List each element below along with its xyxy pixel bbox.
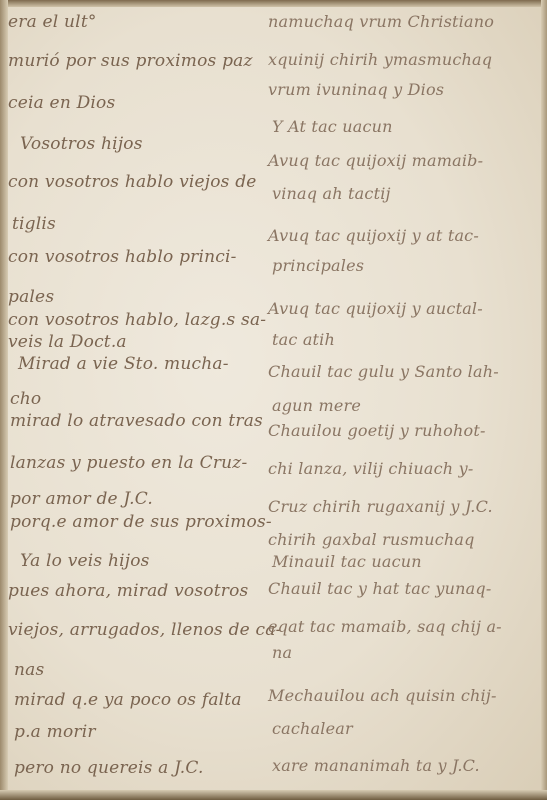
manuscript-line: Avuq tac quijoxij mamaib- <box>268 151 483 170</box>
paper-edge-top <box>0 0 547 7</box>
manuscript-line: tiglis <box>12 214 56 234</box>
manuscript-line: Vosotros hijos <box>20 134 143 154</box>
manuscript-line: tac atih <box>272 330 335 349</box>
manuscript-line: agun mere <box>272 396 361 415</box>
manuscript-line: Ya lo veis hijos <box>20 551 150 571</box>
paper-edge-left <box>0 0 8 800</box>
manuscript-line: por amor de J.C. <box>10 489 153 509</box>
manuscript-line: principales <box>272 256 364 275</box>
manuscript-line: Mirad a vie Sto. mucha- <box>18 354 229 374</box>
manuscript-line: xare mananimah ta y J.C. <box>272 756 480 775</box>
manuscript-line: namuchaq vrum Christiano <box>268 12 494 31</box>
manuscript-line: Avuq tac quijoxij y auctal- <box>268 299 483 318</box>
manuscript-line: chirih gaxbal rusmuchaq <box>268 530 475 549</box>
manuscript-line: vrum ivuninaq y Dios <box>268 80 444 99</box>
manuscript-line: nas <box>14 660 44 680</box>
manuscript-line: pero no quereis a J.C. <box>14 758 204 778</box>
manuscript-line: mirad q.e ya poco os falta <box>14 690 242 710</box>
manuscript-line: Minauil tac uacun <box>272 552 422 571</box>
manuscript-line: Chauil tac gulu y Santo lah- <box>268 362 499 381</box>
manuscript-line: veis la Doct.a <box>8 332 127 352</box>
manuscript-line: ceia en Dios <box>8 93 115 113</box>
manuscript-line: vinaq ah tactij <box>272 184 391 203</box>
manuscript-line: porq.e amor de sus proximos- <box>10 512 272 532</box>
manuscript-line: era el ult° <box>8 12 97 32</box>
manuscript-line: con vosotros hablo, lazg.s sa- <box>8 310 266 330</box>
manuscript-line: mirad lo atravesado con tras <box>10 411 263 431</box>
manuscript-line: con vosotros hablo viejos de <box>8 172 257 192</box>
manuscript-line: Mechauilou ach quisin chij- <box>268 686 497 705</box>
paper-edge-bottom <box>0 790 547 800</box>
paper-edge-right <box>541 0 547 800</box>
manuscript-line: Chauilou goetij y ruhohot- <box>268 421 486 440</box>
manuscript-line: lanzas y puesto en la Cruz- <box>10 453 247 473</box>
manuscript-line: na <box>272 643 292 662</box>
manuscript-line: cho <box>10 389 41 409</box>
manuscript-line: p.a morir <box>14 722 96 742</box>
manuscript-line: eqat tac mamaib, saq chij a- <box>268 617 502 636</box>
manuscript-line: viejos, arrugados, llenos de ca- <box>8 620 282 640</box>
manuscript-line: pales <box>8 287 54 307</box>
manuscript-line: xquinij chirih ymasmuchaq <box>268 50 492 69</box>
manuscript-line: cachalear <box>272 719 353 738</box>
manuscript-line: murió por sus proximos paz <box>8 51 253 71</box>
manuscript-line: con vosotros hablo princi- <box>8 247 237 267</box>
manuscript-line: Y At tac uacun <box>272 117 393 136</box>
manuscript-line: pues ahora, mirad vosotros <box>8 581 248 601</box>
manuscript-page: era el ult°murió por sus proximos pazcei… <box>0 0 547 800</box>
manuscript-line: Avuq tac quijoxij y at tac- <box>268 226 479 245</box>
manuscript-line: chi lanza, vilij chiuach y- <box>268 459 473 478</box>
manuscript-line: Cruz chirih rugaxanij y J.C. <box>268 497 493 516</box>
manuscript-line: Chauil tac y hat tac yunaq- <box>268 579 491 598</box>
